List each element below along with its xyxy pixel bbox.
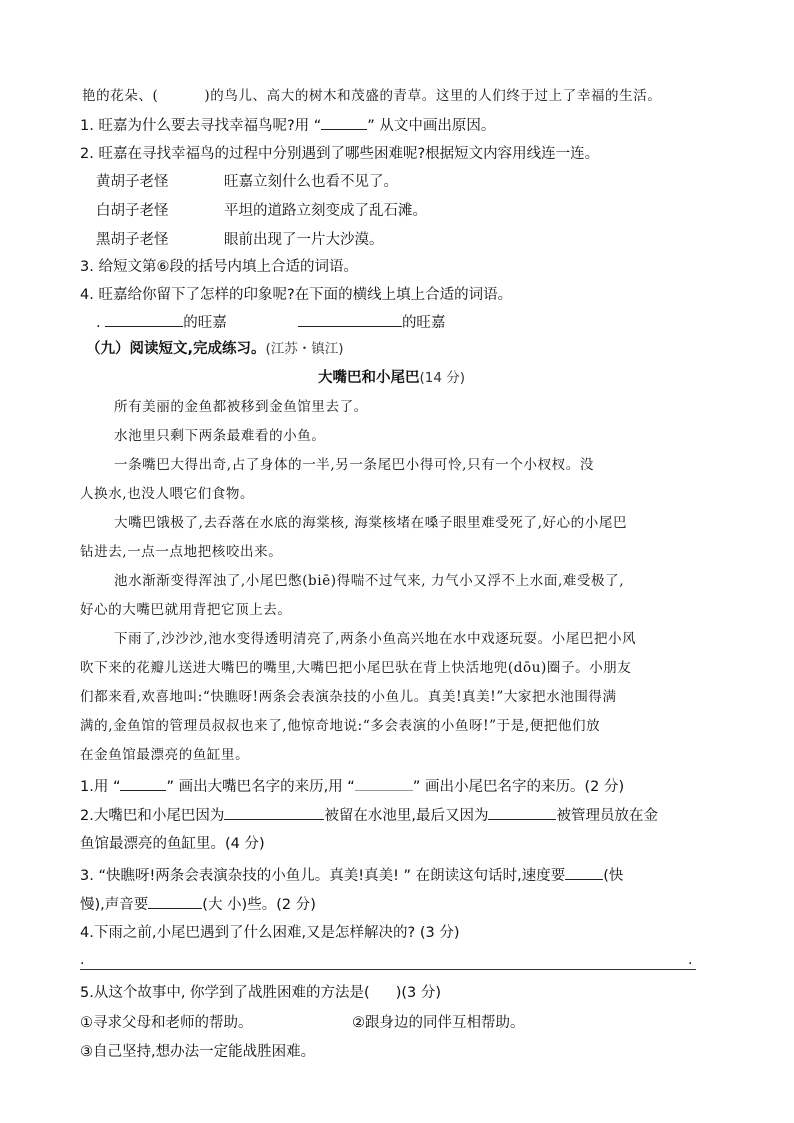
text-segment: (大 小)些。(2 分) xyxy=(202,897,316,913)
answer-blank[interactable] xyxy=(298,312,402,327)
text-segment: )(3 分) xyxy=(396,985,441,1001)
story-paragraph-cont: 人换水,也没人喂它们食物。 xyxy=(80,484,254,504)
story-paragraph: 池水渐渐变得浑浊了,小尾巴憋(biē)得喘不过气来, 力气小又浮不上水面,难受极… xyxy=(114,571,624,591)
text-segment: 5.从这个故事中, 你学到了战胜困难的方法是( xyxy=(80,985,370,1001)
question-3: 3. “快瞧呀!两条会表演杂技的小鱼儿。真美!真美! ” 在朗读这句话时,速度要… xyxy=(80,865,623,886)
section-source: (江苏・镇江) xyxy=(266,341,344,357)
text-segment: . xyxy=(96,315,101,331)
story-paragraph: 水池里只剩下两条最难看的小鱼。 xyxy=(114,426,326,446)
passage-tail-line: 艳的花朵、()的鸟儿、高大的树木和茂盛的青草。这里的人们终于过上了幸福的生活。 xyxy=(82,86,661,106)
story-paragraph-cont: 吹下来的花瓣儿送进大嘴巴的嘴里,大嘴巴把小尾巴驮在背上快活地兜(dōu)圈子。小… xyxy=(80,658,632,678)
answer-blank[interactable] xyxy=(321,115,367,130)
option-3[interactable]: ③自己坚持,想办法一定能战胜困难。 xyxy=(80,1042,315,1062)
text-segment: 被管理员放在金 xyxy=(556,808,658,824)
story-score: (14 分) xyxy=(420,370,466,386)
prev-question-4: 4. 旺嘉给你留下了怎样的印象呢?在下面的横线上填上合适的词语。 xyxy=(80,285,512,305)
answer-blank[interactable] xyxy=(355,776,413,791)
answer-line-dot: . xyxy=(688,952,692,968)
answer-blank[interactable] xyxy=(148,894,202,909)
text-segment: ” 从文中画出原因。 xyxy=(367,118,495,134)
option-2[interactable]: ②跟身边的同伴互相帮助。 xyxy=(352,1013,525,1033)
answer-line-dot: . xyxy=(80,952,84,968)
text-segment: 的旺嘉 xyxy=(402,315,446,331)
prev-question-3: 3. 给短文第⑥段的括号内填上合适的词语。 xyxy=(80,257,358,277)
text-segment: ” 画出小尾巴名字的来历。(2 分) xyxy=(413,779,624,795)
story-paragraph: 大嘴巴饿极了,去吞落在水底的海棠核, 海棠核堵在嗓子眼里难受死了,好心的小尾巴 xyxy=(114,513,627,533)
answer-line[interactable] xyxy=(80,969,696,970)
text-segment: 2.大嘴巴和小尾巴因为 xyxy=(80,808,224,824)
story-paragraph-cont: 好心的大嘴巴就用背把它顶上去。 xyxy=(80,600,292,620)
question-3-cont: 慢),声音要(大 小)些。(2 分) xyxy=(80,894,316,915)
answer-blank[interactable] xyxy=(565,865,603,880)
match-left-item[interactable]: 黑胡子老怪 xyxy=(96,230,169,250)
prev-question-1: 1. 旺嘉为什么要去寻找幸福鸟呢?用 “” 从文中画出原因。 xyxy=(80,115,495,136)
story-paragraph-cont: 在金鱼馆最漂亮的鱼缸里。 xyxy=(80,745,249,765)
question-2-cont: 鱼馆最漂亮的鱼缸里。(4 分) xyxy=(80,834,265,854)
text-segment: ” 画出大嘴巴名字的来历,用 “ xyxy=(166,779,354,795)
question-5: 5.从这个故事中, 你学到了战胜困难的方法是()(3 分) xyxy=(80,983,441,1003)
question-4: 4.下雨之前,小尾巴遇到了什么困难,又是怎样解决的? (3 分) xyxy=(80,923,460,943)
match-right-item[interactable]: 眼前出现了一片大沙漠。 xyxy=(224,230,384,250)
story-paragraph: 所有美丽的金鱼都被移到金鱼馆里去了。 xyxy=(114,397,368,417)
text-segment: 被留在水池里,最后又因为 xyxy=(324,808,488,824)
section-title: （九）阅读短文,完成练习。 xyxy=(86,341,266,357)
answer-blank[interactable] xyxy=(224,805,324,820)
option-1[interactable]: ①寻求父母和老师的帮助。 xyxy=(80,1013,253,1033)
story-paragraph-cont: 钻进去,一点一点地把核咬出来。 xyxy=(80,542,282,562)
q4-answer-row: . 的旺嘉 的旺嘉 xyxy=(96,312,445,333)
story-paragraph: 下雨了,沙沙沙,池水变得透明清亮了,两条小鱼高兴地在水中戏逐玩耍。小尾巴把小风 xyxy=(114,629,636,649)
text-segment: (快 xyxy=(603,868,623,884)
match-right-item[interactable]: 平坦的道路立刻变成了乱石滩。 xyxy=(224,201,427,221)
match-right-item[interactable]: 旺嘉立刻什么也看不见了。 xyxy=(224,172,398,192)
answer-blank[interactable] xyxy=(488,805,556,820)
match-left-item[interactable]: 黄胡子老怪 xyxy=(96,172,169,192)
story-paragraph: 一条嘴巴大得出奇,占了身体的一半,另一条尾巴小得可怜,只有一个小杈杈。没 xyxy=(114,455,594,475)
text-segment: 的旺嘉 xyxy=(183,315,227,331)
story-title: 大嘴巴和小尾巴 xyxy=(318,370,420,386)
question-1: 1.用 “” 画出大嘴巴名字的来历,用 “” 画出小尾巴名字的来历。(2 分) xyxy=(80,776,624,797)
story-paragraph-cont: 满的,金鱼馆的管理员叔叔也来了,他惊奇地说:“多会表演的小鱼呀!”于是,便把他们… xyxy=(80,716,600,736)
text-segment: 3. “快瞧呀!两条会表演杂技的小鱼儿。真美!真美! ” 在朗读这句话时,速度要 xyxy=(80,868,565,884)
section-heading: （九）阅读短文,完成练习。(江苏・镇江) xyxy=(86,339,344,359)
text-segment: 1. 旺嘉为什么要去寻找幸福鸟呢?用 “ xyxy=(80,118,321,134)
story-title-row: 大嘴巴和小尾巴(14 分) xyxy=(318,368,465,388)
prev-question-2: 2. 旺嘉在寻找幸福鸟的过程中分别遇到了哪些困难呢?根据短文内容用线连一连。 xyxy=(80,144,599,164)
answer-blank[interactable] xyxy=(105,312,183,327)
text-segment: 1.用 “ xyxy=(80,779,120,795)
text-segment: 艳的花朵、( xyxy=(82,88,158,104)
answer-blank[interactable] xyxy=(120,776,166,791)
text-segment: 慢),声音要 xyxy=(80,897,148,913)
story-paragraph-cont: 们都来看,欢喜地叫:“快瞧呀!两条会表演杂技的小鱼儿。真美!真美!”大家把水池围… xyxy=(80,687,617,707)
text-segment: )的鸟儿、高大的树木和茂盛的青草。这里的人们终于过上了幸福的生活。 xyxy=(204,88,661,104)
question-2: 2.大嘴巴和小尾巴因为被留在水池里,最后又因为被管理员放在金 xyxy=(80,805,658,826)
match-left-item[interactable]: 白胡子老怪 xyxy=(96,201,169,221)
